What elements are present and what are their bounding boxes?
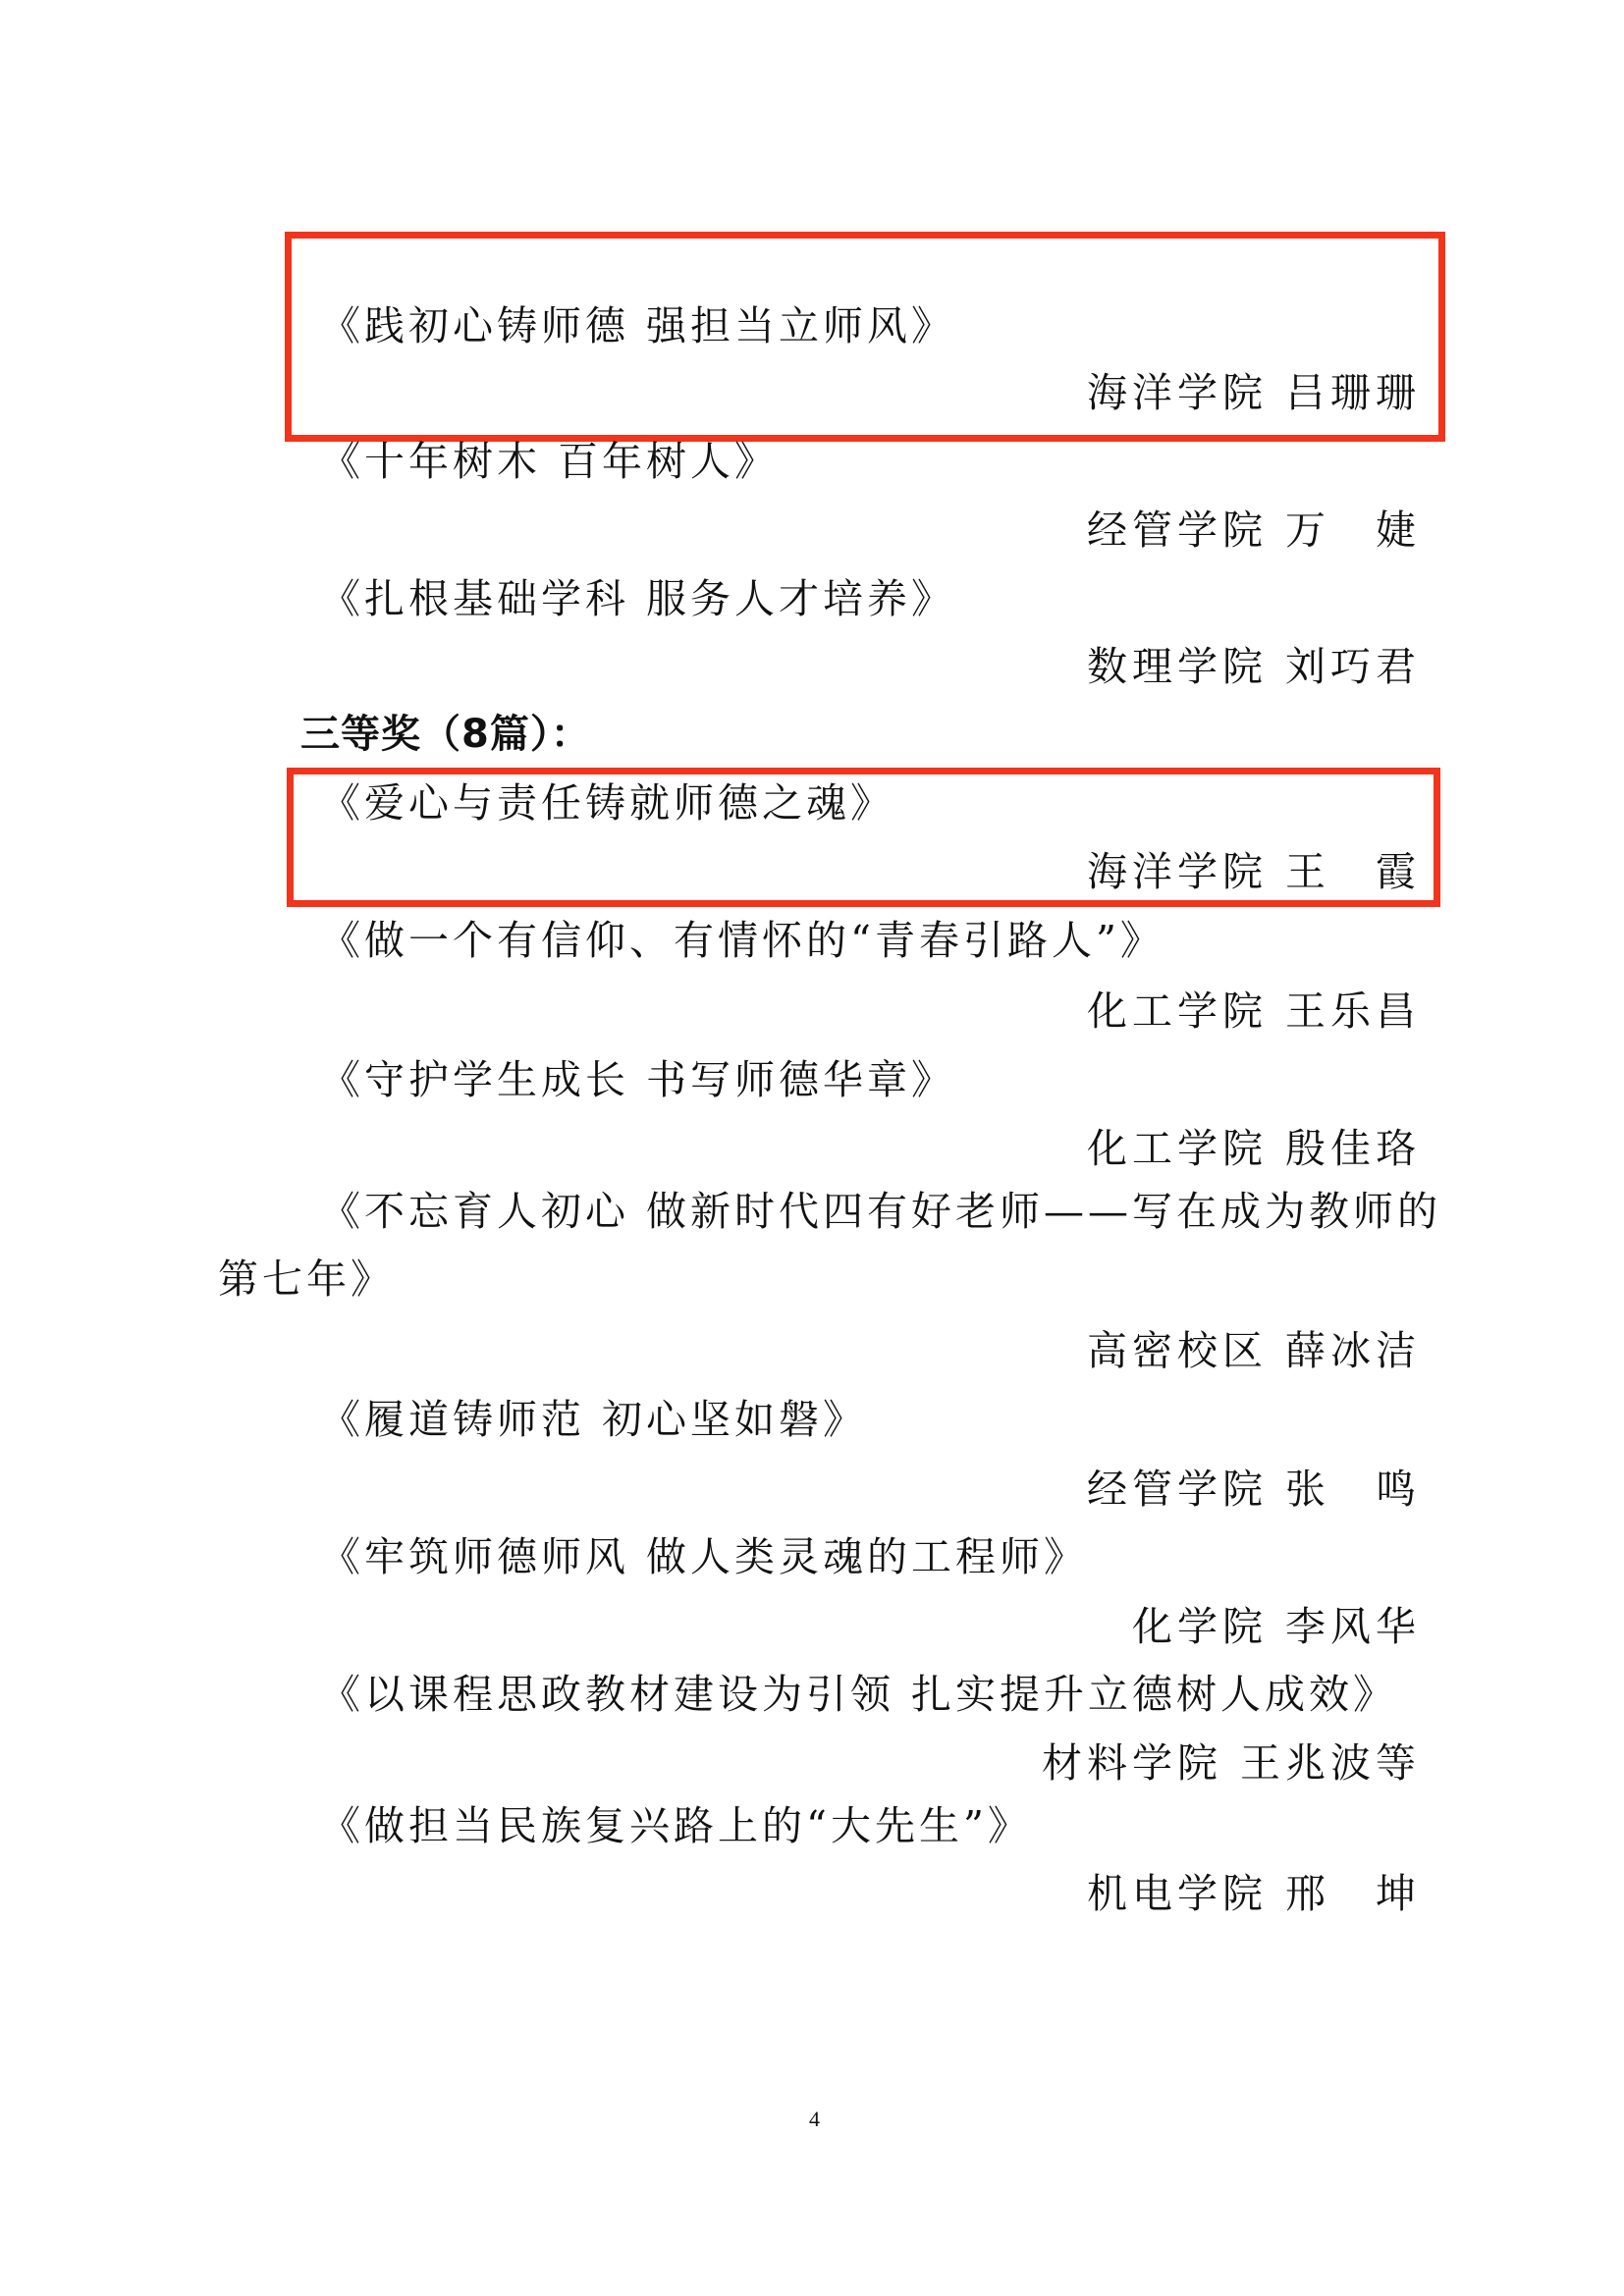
entry-title: 《守护学生成长 书写师德华章》 (320, 1056, 955, 1103)
entry-title: 《履道铸师范 初心坚如磐》 (320, 1396, 867, 1443)
entry-author: 材料学院 王兆波等 (1042, 1739, 1421, 1787)
entry-title: 《不忘育人初心 做新时代四有好老师——写在成为教师的 (320, 1188, 1441, 1235)
entry-title: 《牢筑师德师风 做人类灵魂的工程师》 (320, 1533, 1088, 1580)
entry-author: 化学院 李风华 (1132, 1603, 1421, 1650)
entry-author: 高密校区 薛冰洁 (1087, 1327, 1421, 1374)
entry-author: 化工学院 王乐昌 (1087, 988, 1421, 1035)
section-heading-third-prize: 三等奖（8篇）： (300, 711, 591, 758)
entry-author: 化工学院 殷佳珞 (1087, 1125, 1421, 1172)
entry-author: 经管学院 万 婕 (1087, 507, 1421, 554)
entry-title: 《扎根基础学科 服务人才培养》 (320, 575, 955, 622)
entry-author: 海洋学院 吕珊珊 (1087, 369, 1421, 416)
entry-author: 海洋学院 王 霞 (1087, 848, 1421, 895)
entry-title: 《以课程思政教材建设为引领 扎实提升立德树人成效》 (320, 1671, 1397, 1718)
entry-author: 数理学院 刘巧君 (1087, 643, 1421, 690)
entry-title: 《爱心与责任铸就师德之魂》 (320, 779, 894, 827)
entry-title: 《践初心铸师德 强担当立师风》 (320, 302, 955, 349)
entry-author: 机电学院 邢 坤 (1087, 1870, 1421, 1917)
entry-title-continuation: 第七年》 (218, 1255, 395, 1303)
page-number: 4 (809, 2107, 820, 2132)
entry-title: 《做一个有信仰、有情怀的“青春引路人”》 (320, 917, 1164, 964)
entry-title: 《做担当民族复兴路上的“大先生”》 (320, 1802, 1032, 1849)
entry-author: 经管学院 张 鸣 (1087, 1466, 1421, 1513)
entry-title: 《十年树木 百年树人》 (320, 438, 779, 485)
